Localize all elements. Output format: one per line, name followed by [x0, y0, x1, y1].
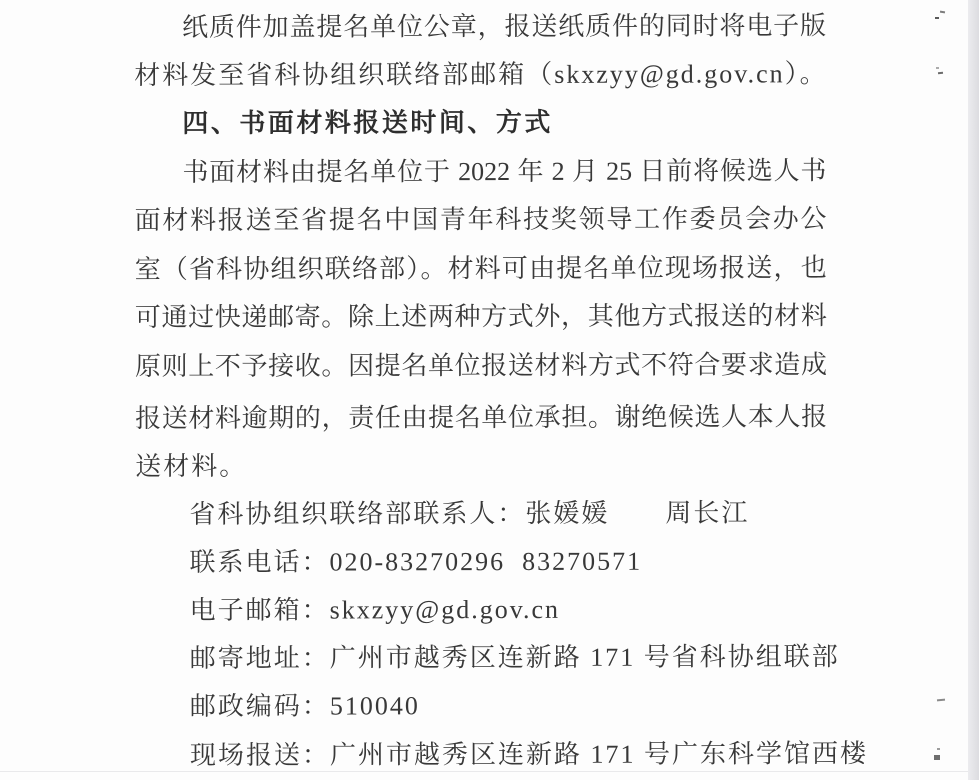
scan-noise-speck	[936, 67, 939, 69]
body-line: 可通过快递邮寄。除上述两种方式外，其他方式报送的材料	[135, 301, 827, 333]
phone-line: 联系电话：020-83270296 83270571	[189, 547, 642, 578]
body-line: 书面材料由提名单位于 2022 年 2 月 25 日前将候选人书	[182, 156, 826, 188]
scan-artifact-line	[0, 771, 968, 772]
document-text-block: 纸质件加盖提名单位公章，报送纸质件的同时将电子版 材料发至省科协组织联络部邮箱（…	[0, 0, 979, 780]
body-line: 原则上不予接收。因提名单位报送材料方式不符合要求造成	[135, 350, 827, 382]
postal-code-line: 邮政编码：510040	[190, 691, 420, 722]
body-line: 纸质件加盖提名单位公章，报送纸质件的同时将电子版	[182, 11, 826, 43]
contact-person-line: 省科协组织联络部联系人：张媛媛 周长江	[189, 498, 749, 529]
scan-noise-speck	[937, 748, 940, 750]
onsite-address-line: 现场报送：广州市越秀区连新路 171 号广东科学馆西楼	[190, 739, 868, 771]
scan-noise-speck	[935, 17, 939, 19]
mailing-address-line: 邮寄地址：广州市越秀区连新路 171 号省科协组联部	[190, 642, 840, 674]
scan-edge-shadow	[968, 0, 979, 780]
body-line: 面材料报送至省提名中国青年科技奖领导工作委员会办公	[135, 204, 827, 236]
body-line: 材料发至省科协组织联络部邮箱（skxzyy@gd.gov.cn）。	[134, 59, 828, 91]
scanned-document-page: 纸质件加盖提名单位公章，报送纸质件的同时将电子版 材料发至省科协组织联络部邮箱（…	[0, 0, 979, 780]
body-line: 报送材料逾期的，责任由提名单位承担。谢绝候选人本人报	[135, 402, 827, 434]
email-line: 电子邮箱：skxzyy@gd.gov.cn	[190, 595, 561, 626]
body-line: 室（省科协组织联络部）。材料可由提名单位现场报送，也	[135, 253, 827, 285]
body-line: 送材料。	[135, 452, 247, 482]
section-heading: 四、书面材料报送时间、方式	[182, 107, 553, 138]
scan-noise-speck	[934, 755, 940, 760]
